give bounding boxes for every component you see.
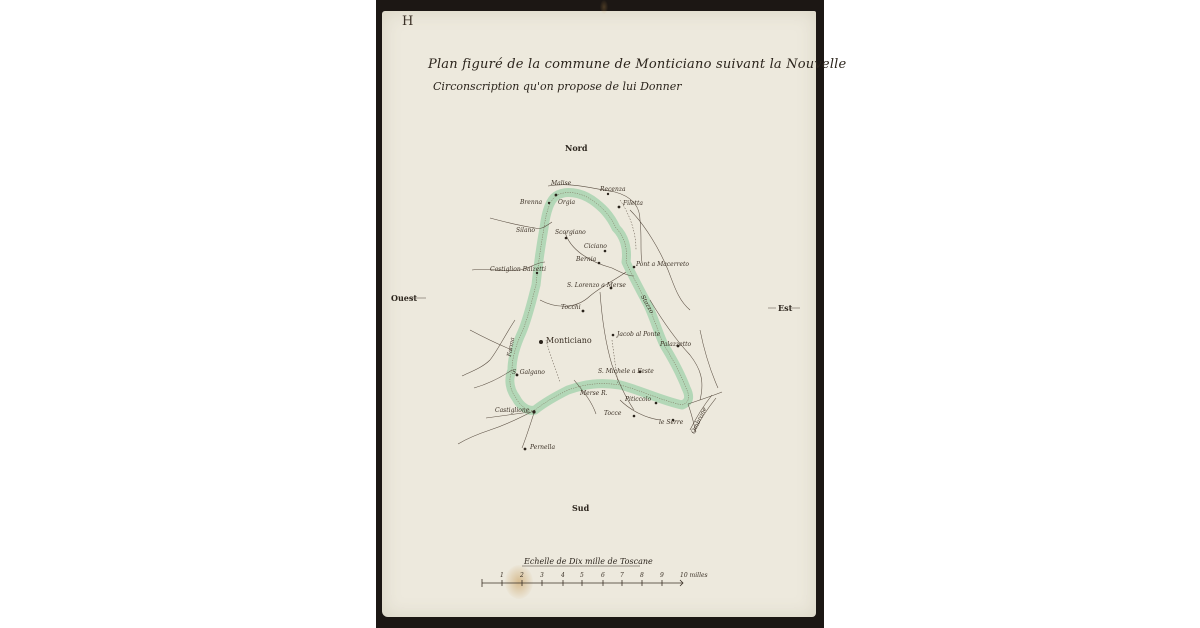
place-label: Brenna (520, 199, 542, 206)
place-label: Silano (516, 227, 535, 234)
place-label: Palazzetto (660, 341, 691, 348)
place-label: S. Lorenzo a Merse (567, 282, 626, 289)
place-label: Recenza (600, 186, 626, 193)
scale-tick-label: 10 milles (680, 572, 708, 579)
place-label: Pernella (530, 444, 555, 451)
place-label: Pont a Macerreto (636, 261, 689, 268)
commune-boundary-wash (510, 193, 689, 411)
place-label: Tocce (604, 410, 621, 417)
scale-tick-label: 8 (640, 572, 644, 579)
place-label: Jacob al Ponte (617, 331, 660, 338)
place-label: Merse R. (580, 390, 608, 397)
place-label: le Serre (659, 419, 683, 426)
scale-tick-label: 5 (580, 572, 584, 579)
place-label: S. Galgano (512, 369, 545, 376)
place-label: Orgia (558, 199, 575, 206)
scale-tick-label: 4 (561, 572, 565, 579)
place-label: Castiglione (495, 407, 529, 414)
scale-tick-label: 3 (540, 572, 544, 579)
place-label: Malise (551, 180, 571, 187)
scale-tick-label: 2 (520, 572, 524, 579)
place-label: Ciciano (584, 243, 607, 250)
scale-tick-label: 1 (500, 572, 504, 579)
place-label: S. Michele a Feste (598, 368, 654, 375)
place-label-monticiano: Monticiano (546, 336, 592, 345)
scale-tick-label: 7 (620, 572, 624, 579)
place-label: Tocchi (561, 304, 581, 311)
scale-tick-label: 6 (601, 572, 605, 579)
scale-title: Echelle de Dix mille de Toscane (524, 557, 653, 566)
scale-tick-label: 9 (660, 572, 664, 579)
place-label: Piticcolo (625, 396, 651, 403)
place-label: Bernia (576, 256, 596, 263)
map-drawing (0, 0, 1200, 628)
place-label: Castiglion Balzetti (490, 266, 546, 273)
place-label: Scorgiano (555, 229, 586, 236)
place-label: Filetta (623, 200, 643, 207)
